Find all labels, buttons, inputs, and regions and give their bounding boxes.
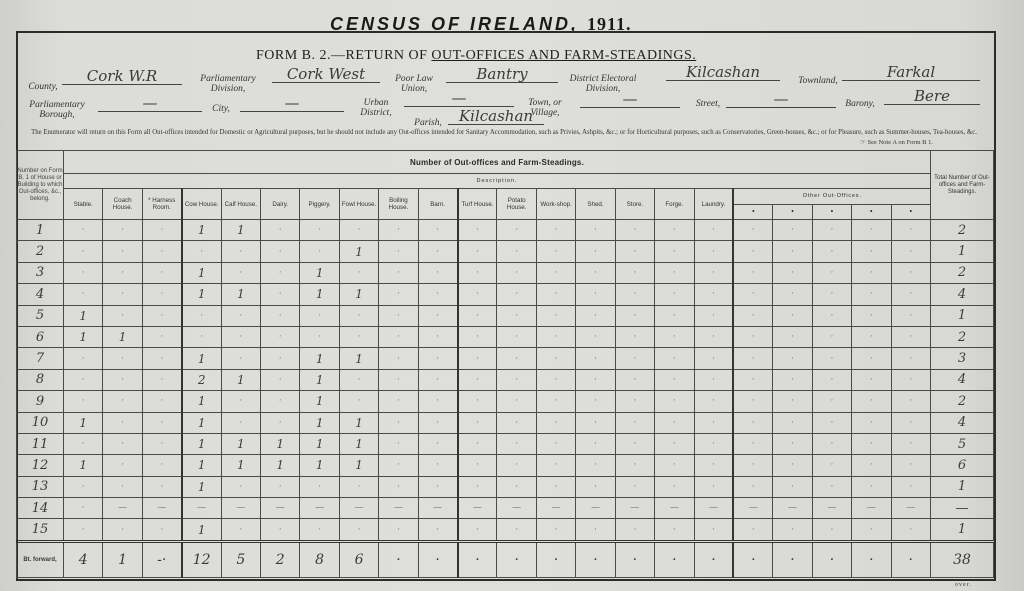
table-cell: —: [339, 498, 378, 519]
table-cell: ·: [103, 348, 142, 369]
table-cell: ·: [536, 412, 575, 433]
parish-label: Parish,: [408, 118, 448, 128]
townland-value: Farkal: [842, 64, 980, 81]
row-total: 4: [931, 284, 994, 305]
table-cell: ·: [576, 455, 615, 476]
table-cell: 1: [182, 348, 221, 369]
table-cell: ·: [655, 348, 694, 369]
table-cell: ·: [891, 455, 930, 476]
table-cell: ·: [142, 284, 181, 305]
table-cell: ·: [458, 412, 497, 433]
table-cell: ·: [615, 391, 654, 412]
column-header: Forge.: [655, 189, 694, 220]
table-cell: ·: [694, 326, 733, 347]
table-cell: ·: [773, 326, 812, 347]
table-cell: ·: [852, 519, 891, 541]
forward-cell: 5: [221, 541, 260, 577]
column-header: Fowl House.: [339, 189, 378, 220]
table-cell: ·: [655, 220, 694, 241]
table-cell: 1: [182, 455, 221, 476]
table-cell: ·: [891, 220, 930, 241]
table-cell: ·: [891, 348, 930, 369]
table-cell: ·: [576, 519, 615, 541]
other-column-header: •: [773, 204, 812, 220]
table-row: 15···1··················1: [17, 519, 994, 541]
table-cell: —: [891, 498, 930, 519]
table-cell: —: [182, 498, 221, 519]
table-cell: ·: [418, 305, 457, 326]
forward-cell: -·: [142, 541, 181, 577]
table-row: 8···21·1···············4: [17, 369, 994, 390]
table-cell: 1: [339, 455, 378, 476]
table-cell: ·: [103, 241, 142, 262]
table-cell: ·: [733, 369, 772, 390]
table-cell: ·: [615, 305, 654, 326]
table-cell: ·: [615, 220, 654, 241]
table-cell: ·: [64, 348, 103, 369]
table-cell: ·: [497, 284, 536, 305]
table-cell: ·: [221, 305, 260, 326]
table-cell: —: [497, 498, 536, 519]
column-header: Dairy.: [261, 189, 300, 220]
table-cell: ·: [536, 326, 575, 347]
table-cell: ·: [221, 412, 260, 433]
table-cell: ·: [812, 391, 851, 412]
table-cell: ·: [852, 241, 891, 262]
table-cell: ·: [694, 391, 733, 412]
forward-cell: ·: [458, 541, 497, 577]
table-cell: ·: [733, 284, 772, 305]
county-label: County,: [24, 82, 62, 92]
forward-cell: ·: [852, 541, 891, 577]
table-cell: ·: [576, 433, 615, 454]
table-cell: ·: [142, 455, 181, 476]
other-column-header: •: [812, 204, 851, 220]
row-number: 15: [17, 519, 64, 541]
forward-cell: 12: [182, 541, 221, 577]
outoffices-table: Number on Form B. 1 of House or Building…: [16, 150, 994, 578]
table-cell: ·: [497, 412, 536, 433]
table-cell: ·: [418, 369, 457, 390]
table-cell: ·: [891, 412, 930, 433]
table-cell: —: [221, 498, 260, 519]
table-cell: ·: [182, 326, 221, 347]
table-cell: ·: [615, 476, 654, 497]
forward-cell: ·: [576, 541, 615, 577]
table-row: 51·····················1: [17, 305, 994, 326]
table-cell: ·: [261, 476, 300, 497]
table-cell: ·: [379, 455, 418, 476]
table-cell: ·: [261, 284, 300, 305]
table-cell: ·: [497, 326, 536, 347]
table-cell: ·: [379, 412, 418, 433]
table-cell: —: [379, 498, 418, 519]
table-cell: ·: [694, 241, 733, 262]
table-cell: 1: [300, 412, 339, 433]
table-cell: ·: [536, 284, 575, 305]
table-cell: ·: [103, 412, 142, 433]
table-cell: ·: [64, 498, 103, 519]
table-cell: ·: [103, 369, 142, 390]
row-total: 2: [931, 262, 994, 283]
table-cell: ·: [655, 241, 694, 262]
table-cell: ·: [379, 369, 418, 390]
table-cell: ·: [576, 241, 615, 262]
table-cell: ·: [891, 262, 930, 283]
table-cell: ·: [142, 348, 181, 369]
table-cell: ·: [103, 455, 142, 476]
table-row: 7···1··11··············3: [17, 348, 994, 369]
table-cell: ·: [458, 455, 497, 476]
table-cell: ·: [497, 241, 536, 262]
table-cell: ·: [655, 476, 694, 497]
table-cell: ·: [497, 305, 536, 326]
table-cell: ·: [852, 455, 891, 476]
table-cell: 1: [64, 305, 103, 326]
barony-label: Barony,: [840, 99, 880, 109]
table-cell: 1: [300, 455, 339, 476]
table-cell: ·: [497, 369, 536, 390]
table-cell: ·: [733, 433, 772, 454]
table-cell: ·: [615, 284, 654, 305]
row-total: —: [931, 498, 994, 519]
note-reference: ☞ See Note A on Form B 1.: [860, 138, 933, 146]
table-cell: 1: [64, 412, 103, 433]
table-cell: ·: [64, 284, 103, 305]
parl-division-value: Cork West: [272, 66, 380, 83]
table-cell: ·: [261, 348, 300, 369]
ded-value: Kilcashan: [666, 64, 780, 81]
table-cell: ·: [536, 241, 575, 262]
table-cell: ·: [458, 284, 497, 305]
table-cell: 1: [339, 412, 378, 433]
table-cell: ·: [812, 348, 851, 369]
table-cell: ·: [694, 348, 733, 369]
table-cell: 1: [300, 369, 339, 390]
table-cell: ·: [655, 391, 694, 412]
table-cell: 1: [64, 326, 103, 347]
table-cell: —: [694, 498, 733, 519]
table-cell: ·: [458, 433, 497, 454]
table-cell: ·: [339, 326, 378, 347]
table-cell: ·: [852, 326, 891, 347]
table-cell: ·: [694, 412, 733, 433]
table-cell: ·: [142, 262, 181, 283]
table-cell: ·: [615, 241, 654, 262]
table-cell: ·: [64, 369, 103, 390]
table-cell: 1: [221, 220, 260, 241]
row-number: 4: [17, 284, 64, 305]
column-header: Barn.: [418, 189, 457, 220]
table-cell: ·: [733, 519, 772, 541]
table-cell: ·: [655, 369, 694, 390]
column-header: Work-shop.: [536, 189, 575, 220]
table-row: 4···11·11··············4: [17, 284, 994, 305]
table-cell: —: [536, 498, 575, 519]
table-cell: ·: [812, 476, 851, 497]
table-cell: ·: [497, 220, 536, 241]
table-cell: ·: [379, 305, 418, 326]
table-cell: ·: [852, 348, 891, 369]
table-cell: ·: [615, 433, 654, 454]
table-cell: ·: [261, 241, 300, 262]
table-cell: ·: [458, 220, 497, 241]
row-number: 13: [17, 476, 64, 497]
form-title: FORM B. 2.—RETURN OF OUT-OFFICES AND FAR…: [256, 48, 696, 64]
forward-cell: 1: [103, 541, 142, 577]
table-cell: ·: [142, 241, 181, 262]
row-total: 2: [931, 220, 994, 241]
table-cell: ·: [852, 284, 891, 305]
table-cell: ·: [142, 476, 181, 497]
table-cell: ·: [891, 433, 930, 454]
table-cell: ·: [812, 326, 851, 347]
row-number: 5: [17, 305, 64, 326]
row-number: 11: [17, 433, 64, 454]
urban-district-label: Urban District,: [352, 98, 400, 118]
table-cell: —: [103, 498, 142, 519]
table-cell: ·: [852, 369, 891, 390]
table-cell: 1: [182, 412, 221, 433]
table-cell: 1: [300, 348, 339, 369]
parish-value: Kilcashan: [448, 108, 544, 125]
table-cell: ·: [142, 519, 181, 541]
forward-cell: ·: [733, 541, 772, 577]
table-cell: ·: [339, 220, 378, 241]
table-cell: ·: [221, 391, 260, 412]
table-cell: ·: [64, 391, 103, 412]
table-cell: 1: [300, 433, 339, 454]
table-cell: ·: [812, 220, 851, 241]
forward-cell: ·: [655, 541, 694, 577]
table-cell: ·: [142, 305, 181, 326]
other-column-header: •: [852, 204, 891, 220]
table-cell: —: [261, 498, 300, 519]
table-cell: ·: [418, 455, 457, 476]
column-header: Shed.: [576, 189, 615, 220]
column-header: Stable.: [64, 189, 103, 220]
other-outoffices-header: Other Out-Offices.: [733, 189, 930, 205]
column-header: Store.: [615, 189, 654, 220]
table-cell: —: [852, 498, 891, 519]
table-cell: ·: [300, 476, 339, 497]
table-cell: ·: [733, 455, 772, 476]
table-cell: ·: [261, 326, 300, 347]
forward-cell: 2: [261, 541, 300, 577]
forward-cell: ·: [694, 541, 733, 577]
table-cell: ·: [891, 369, 930, 390]
poor-law-union-value: Bantry: [446, 66, 558, 83]
table-cell: ·: [891, 476, 930, 497]
forward-cell: ·: [536, 541, 575, 577]
table-cell: ·: [458, 519, 497, 541]
form-title-prefix: FORM B. 2.—RETURN OF: [256, 48, 431, 63]
table-cell: ·: [497, 455, 536, 476]
table-cell: ·: [694, 220, 733, 241]
row-total: 6: [931, 455, 994, 476]
table-cell: ·: [64, 220, 103, 241]
table-cell: ·: [458, 369, 497, 390]
table-cell: 1: [182, 262, 221, 283]
table-cell: ·: [339, 262, 378, 283]
table-cell: ·: [773, 305, 812, 326]
table-cell: ·: [576, 305, 615, 326]
table-cell: ·: [142, 326, 181, 347]
table-cell: ·: [261, 519, 300, 541]
table-cell: ·: [694, 284, 733, 305]
table-cell: ·: [733, 262, 772, 283]
table-cell: ·: [182, 305, 221, 326]
table-cell: ·: [655, 262, 694, 283]
table-cell: —: [576, 498, 615, 519]
description-header: Description.: [64, 174, 931, 189]
table-cell: ·: [852, 476, 891, 497]
table-cell: ·: [221, 519, 260, 541]
table-cell: ·: [852, 305, 891, 326]
table-cell: 2: [182, 369, 221, 390]
table-cell: ·: [733, 412, 772, 433]
table-cell: ·: [733, 241, 772, 262]
table-cell: ·: [458, 326, 497, 347]
row-number: 7: [17, 348, 64, 369]
table-cell: ·: [221, 476, 260, 497]
forward-cell: 8: [300, 541, 339, 577]
column-header: * Harness Room.: [142, 189, 181, 220]
table-cell: ·: [852, 391, 891, 412]
table-cell: ·: [103, 220, 142, 241]
row-number: 6: [17, 326, 64, 347]
table-cell: ·: [379, 326, 418, 347]
table-cell: ·: [773, 391, 812, 412]
table-cell: ·: [812, 369, 851, 390]
table-cell: ·: [536, 455, 575, 476]
table-cell: ·: [379, 433, 418, 454]
table-cell: ·: [812, 519, 851, 541]
table-cell: ·: [773, 455, 812, 476]
table-cell: ·: [615, 326, 654, 347]
table-cell: ·: [103, 305, 142, 326]
table-cell: ·: [418, 326, 457, 347]
row-total: 4: [931, 412, 994, 433]
table-cell: ·: [773, 519, 812, 541]
table-cell: ·: [64, 241, 103, 262]
table-cell: ·: [536, 519, 575, 541]
table-cell: 1: [182, 476, 221, 497]
table-row: 1···11·················2: [17, 220, 994, 241]
table-cell: ·: [418, 412, 457, 433]
table-cell: ·: [852, 412, 891, 433]
table-cell: ·: [812, 305, 851, 326]
column-header: Coach House.: [103, 189, 142, 220]
table-cell: ·: [339, 519, 378, 541]
table-cell: ·: [536, 369, 575, 390]
table-cell: ·: [576, 476, 615, 497]
table-cell: ·: [458, 262, 497, 283]
table-row: 2·······1··············1: [17, 241, 994, 262]
table-cell: ·: [733, 305, 772, 326]
table-cell: ·: [773, 220, 812, 241]
table-cell: ·: [536, 433, 575, 454]
table-cell: ·: [339, 476, 378, 497]
table-row: 13···1··················1: [17, 476, 994, 497]
table-cell: ·: [221, 262, 260, 283]
table-cell: ·: [852, 220, 891, 241]
row-total: 1: [931, 519, 994, 541]
table-cell: ·: [773, 476, 812, 497]
table-cell: —: [733, 498, 772, 519]
forward-cell: 4: [64, 541, 103, 577]
parl-division-label: Parliamentary Division,: [192, 74, 264, 94]
table-cell: —: [300, 498, 339, 519]
table-cell: ·: [655, 519, 694, 541]
forward-total: 38: [931, 541, 994, 577]
forward-cell: ·: [891, 541, 930, 577]
column-header: Turf House.: [458, 189, 497, 220]
table-cell: ·: [773, 369, 812, 390]
table-cell: —: [812, 498, 851, 519]
table-cell: ·: [891, 305, 930, 326]
table-cell: ·: [339, 305, 378, 326]
row-number: 14: [17, 498, 64, 519]
column-header: Potato House.: [497, 189, 536, 220]
table-cell: ·: [655, 412, 694, 433]
table-cell: ·: [379, 262, 418, 283]
row-number: 8: [17, 369, 64, 390]
forward-cell: ·: [379, 541, 418, 577]
city-label: City,: [206, 104, 236, 114]
table-cell: ·: [261, 220, 300, 241]
town-village-value: —: [580, 91, 680, 108]
table-cell: ·: [615, 412, 654, 433]
other-column-header: •: [733, 204, 772, 220]
table-cell: ·: [812, 262, 851, 283]
table-cell: ·: [458, 241, 497, 262]
street-label: Street,: [692, 99, 724, 109]
column-header: Calf House.: [221, 189, 260, 220]
forward-cell: 6: [339, 541, 378, 577]
table-cell: ·: [379, 241, 418, 262]
table-cell: ·: [576, 369, 615, 390]
table-cell: ·: [733, 326, 772, 347]
table-cell: ·: [694, 476, 733, 497]
table-cell: ·: [418, 433, 457, 454]
table-cell: ·: [103, 262, 142, 283]
table-cell: ·: [458, 476, 497, 497]
table-cell: ·: [694, 433, 733, 454]
table-row: 11···11111··············5: [17, 433, 994, 454]
table-cell: ·: [576, 284, 615, 305]
row-total: 4: [931, 369, 994, 390]
table-cell: ·: [142, 220, 181, 241]
row-total: 2: [931, 391, 994, 412]
table-cell: ·: [773, 262, 812, 283]
table-cell: ·: [615, 262, 654, 283]
table-cell: ·: [261, 369, 300, 390]
table-cell: 1: [221, 455, 260, 476]
table-cell: ·: [261, 391, 300, 412]
table-row: 101··1··11··············4: [17, 412, 994, 433]
table-cell: —: [458, 498, 497, 519]
table-cell: ·: [261, 412, 300, 433]
table-cell: ·: [300, 305, 339, 326]
table-cell: ·: [536, 305, 575, 326]
table-cell: ·: [497, 476, 536, 497]
table-cell: ·: [182, 241, 221, 262]
enumerator-note: The Enumerator will return on this Form …: [24, 128, 984, 137]
table-cell: ·: [418, 519, 457, 541]
table-cell: ·: [694, 519, 733, 541]
table-cell: ·: [694, 455, 733, 476]
